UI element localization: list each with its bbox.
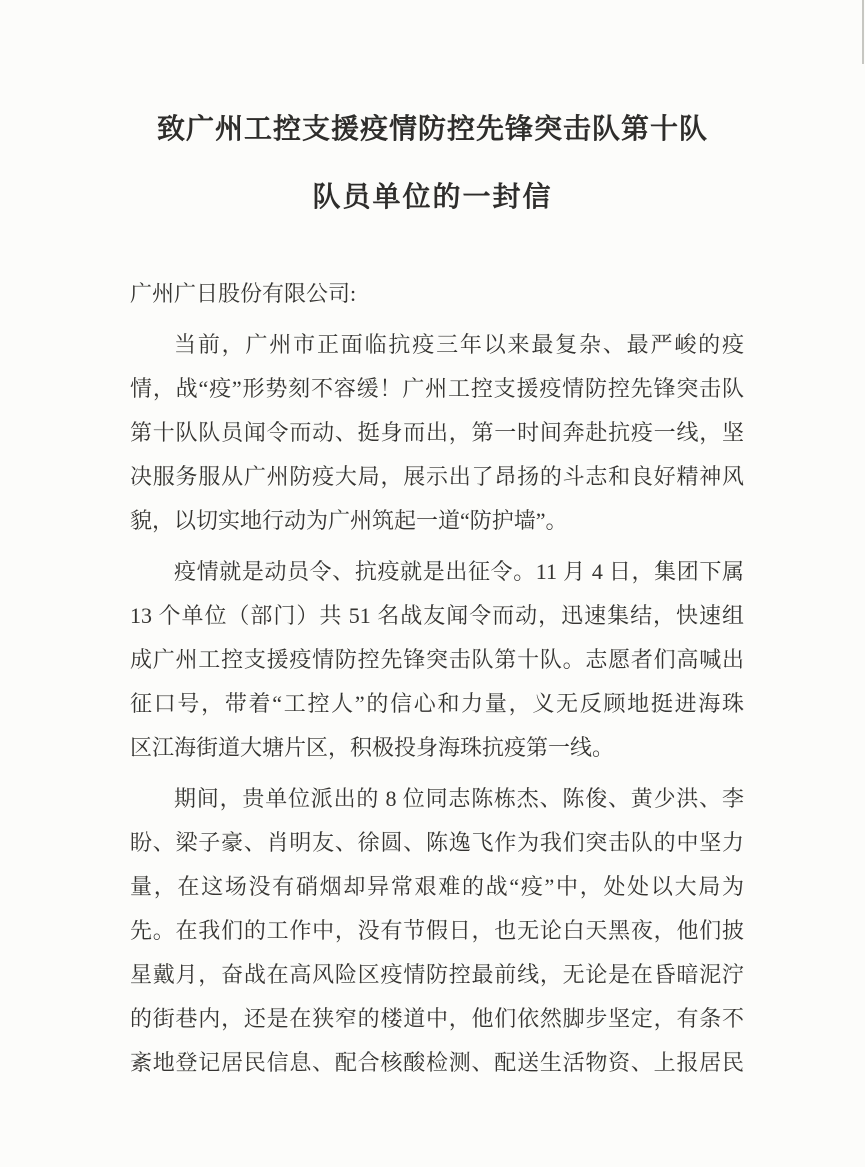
body-line: 的街巷内，还是在狭窄的楼道中，他们依然脚步坚定，有条不 — [130, 997, 744, 1041]
body-line: 紊地登记居民信息、配合核酸检测、配送生活物资、上报居民 — [130, 1041, 744, 1085]
body-line: 当前，广州市正面临抗疫三年以来最复杂、最严峻的疫 — [130, 323, 744, 367]
body-line: 盼、梁子豪、肖明友、徐圆、陈逸飞作为我们突击队的中坚力 — [130, 821, 744, 865]
letter-title-line-2: 队员单位的一封信 — [0, 180, 865, 214]
scanned-letter-page: 致广州工控支援疫情防控先锋突击队第十队 队员单位的一封信 广州广日股份有限公司:… — [0, 0, 865, 1167]
paragraph: 期间，贵单位派出的 8 位同志陈栋杰、陈俊、黄少洪、李盼、梁子豪、肖明友、徐圆、… — [130, 777, 744, 1085]
letter-body: 广州广日股份有限公司: 当前，广州市正面临抗疫三年以来最复杂、最严峻的疫情，战“… — [130, 272, 744, 1092]
paragraph: 疫情就是动员令、抗疫就是出征令。11 月 4 日，集团下属13 个单位（部门）共… — [130, 550, 744, 770]
letter-paragraphs: 当前，广州市正面临抗疫三年以来最复杂、最严峻的疫情，战“疫”形势刻不容缓！广州工… — [130, 323, 744, 1085]
letter-salutation: 广州广日股份有限公司: — [130, 272, 744, 316]
body-line: 疫情就是动员令、抗疫就是出征令。11 月 4 日，集团下属 — [130, 550, 744, 594]
body-line: 量，在这场没有硝烟却异常艰难的战“疫”中，处处以大局为 — [130, 865, 744, 909]
scan-artifact-line — [862, 0, 864, 64]
body-line: 星戴月，奋战在高风险区疫情防控最前线，无论是在昏暗泥泞 — [130, 953, 744, 997]
body-line: 区江海街道大塘片区，积极投身海珠抗疫第一线。 — [130, 726, 744, 770]
body-line: 13 个单位（部门）共 51 名战友闻令而动，迅速集结，快速组 — [130, 594, 744, 638]
body-line: 貌，以切实地行动为广州筑起一道“防护墙”。 — [130, 499, 744, 543]
letter-title-line-1: 致广州工控支援疫情防控先锋突击队第十队 — [0, 112, 865, 146]
body-line: 第十队队员闻令而动、挺身而出，第一时间奔赴抗疫一线，坚 — [130, 411, 744, 455]
body-line: 成广州工控支援疫情防控先锋突击队第十队。志愿者们高喊出 — [130, 638, 744, 682]
body-line: 决服务服从广州防疫大局，展示出了昂扬的斗志和良好精神风 — [130, 455, 744, 499]
body-line: 情，战“疫”形势刻不容缓！广州工控支援疫情防控先锋突击队 — [130, 367, 744, 411]
body-line: 期间，贵单位派出的 8 位同志陈栋杰、陈俊、黄少洪、李 — [130, 777, 744, 821]
paragraph: 当前，广州市正面临抗疫三年以来最复杂、最严峻的疫情，战“疫”形势刻不容缓！广州工… — [130, 323, 744, 543]
body-line: 征口号，带着“工控人”的信心和力量，义无反顾地挺进海珠 — [130, 682, 744, 726]
letter-title: 致广州工控支援疫情防控先锋突击队第十队 队员单位的一封信 — [0, 112, 865, 214]
body-line: 先。在我们的工作中，没有节假日，也无论白天黑夜，他们披 — [130, 909, 744, 953]
